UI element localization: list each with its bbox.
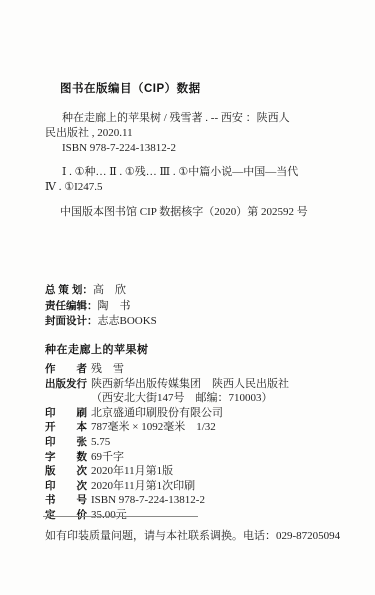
book-copyright-page: 图书在版编目（CIP）数据 种在走廊上的苹果树 / 残雪著 . -- 西安 ：陕… [0, 0, 375, 595]
colophon-row-format: 开 本787毫米 × 1092毫米 1/32 [45, 419, 365, 434]
field-label: 印 次 [45, 479, 87, 494]
field-label: 作 者 [45, 362, 87, 377]
field-value: 陕西新华出版传媒集团 陕西人民出版社 [91, 378, 289, 390]
cip-heading: 图书在版编目（CIP）数据 [60, 82, 355, 97]
field-value: 2020年11月第1版 [91, 465, 173, 477]
colophon-row-isbn: 书 号ISBN 978-7-224-13812-2 [45, 492, 365, 507]
colophon-row-printer: 印 刷北京盛通印刷股份有限公司 [45, 405, 365, 420]
staff-credits: 总 策 划：高 欣 责任编辑：陶 书 封面设计：志志BOOKS [45, 281, 157, 328]
cip-entry-line1: 种在走廊上的苹果树 / 残雪著 . -- 西安 ：陕西人 [62, 112, 290, 124]
quality-notice: 如有印装质量问题，请与本社联系调换。电话：029-87205094 [45, 529, 360, 543]
staff-row-chief-planner: 总 策 划：高 欣 [45, 281, 157, 297]
cip-class-line1: Ⅰ . ①种… Ⅱ . ①残… Ⅲ . ①中篇小说—中国—当代 [62, 166, 298, 178]
field-value: 69千字 [91, 451, 124, 463]
field-label: 书 号 [45, 493, 87, 508]
field-value: （西安北大街147号 邮编：710003） [91, 392, 273, 404]
staff-row-cover-design: 封面设计：志志BOOKS [45, 312, 157, 328]
colophon-row-word-count: 字 数69千字 [45, 449, 365, 464]
book-title: 种在走廊上的苹果树 [45, 341, 149, 357]
field-value: 2020年11月第1次印刷 [91, 480, 195, 492]
field-value: 志志BOOKS [98, 315, 157, 327]
field-value: 5.75 [91, 436, 110, 448]
colophon-row-edition: 版 次2020年11月第1版 [45, 463, 365, 478]
field-value: 35.00元 [91, 509, 127, 521]
field-label: 封面设计： [45, 314, 98, 330]
colophon-row-publisher: 出版发行陕西新华出版传媒集团 陕西人民出版社 [45, 376, 365, 391]
staff-row-editor: 责任编辑：陶 书 [45, 297, 157, 313]
field-label: 印 张 [45, 435, 87, 450]
field-label: 出版发行 [45, 377, 87, 392]
colophon-row-impression: 印 次2020年11月第1次印刷 [45, 478, 365, 493]
field-value: 残 雪 [91, 363, 124, 375]
field-label: 字 数 [45, 450, 87, 465]
field-label: 版 次 [45, 464, 87, 479]
cip-class-line2: Ⅳ . ①I247.5 [45, 181, 103, 193]
cip-entry: 种在走廊上的苹果树 / 残雪著 . -- 西安 ：陕西人 民出版社 , 2020… [45, 111, 355, 141]
field-label: 开 本 [45, 420, 87, 435]
field-label: 印 刷 [45, 406, 87, 421]
field-value: 高 欣 [93, 284, 126, 296]
field-value: 北京盛通印刷股份有限公司 [91, 407, 223, 419]
colophon-row-price: 定 价35.00元 [45, 507, 365, 522]
cip-entry-line2: 民出版社 , 2020.11 [45, 127, 133, 139]
colophon-row-publisher-address: （西安北大街147号 邮编：710003） [45, 390, 365, 405]
field-value: ISBN 978-7-224-13812-2 [91, 494, 205, 506]
divider-line [43, 516, 198, 517]
colophon-row-author: 作 者残 雪 [45, 361, 365, 376]
field-value: 陶 书 [98, 300, 131, 312]
publication-info: 作 者残 雪 出版发行陕西新华出版传媒集团 陕西人民出版社 （西安北大街147号… [45, 361, 365, 522]
field-value: 787毫米 × 1092毫米 1/32 [91, 421, 216, 433]
colophon-row-sheets: 印 张5.75 [45, 434, 365, 449]
cip-isbn-line: ISBN 978-7-224-13812-2 [62, 141, 355, 156]
cip-classification: Ⅰ . ①种… Ⅱ . ①残… Ⅲ . ①中篇小说—中国—当代 Ⅳ . ①I24… [45, 165, 355, 195]
cip-block: 图书在版编目（CIP）数据 种在走廊上的苹果树 / 残雪著 . -- 西安 ：陕… [45, 82, 355, 220]
cip-record-number: 中国版本图书馆 CIP 数据核字（2020）第 202592 号 [60, 205, 355, 220]
